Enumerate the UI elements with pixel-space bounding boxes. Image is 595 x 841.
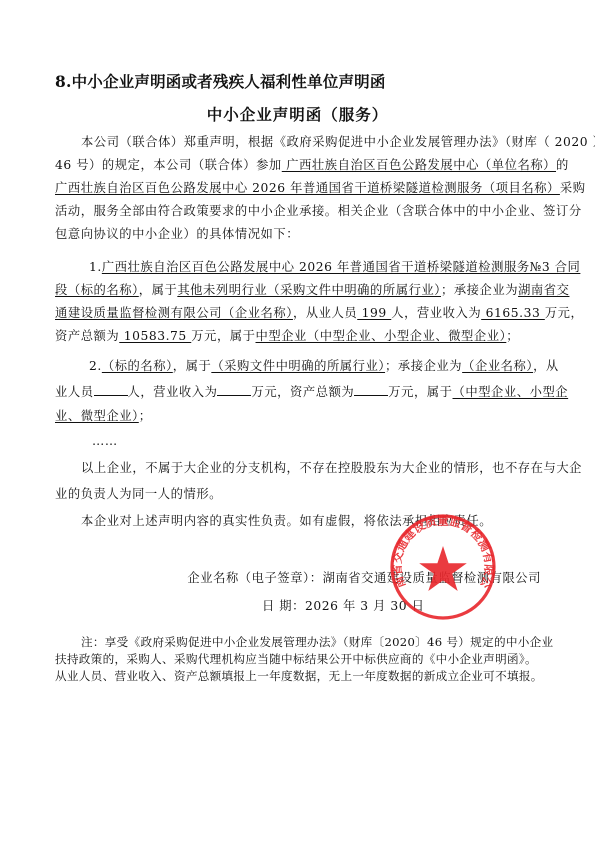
- company-label: 企业名称（电子签章）：: [187, 571, 322, 585]
- purchaser-name: 广西壮族自治区百色公路发展中心（单位名称）: [282, 158, 556, 172]
- text: 资产总额为: [55, 329, 119, 343]
- item-number: 1.: [89, 260, 102, 274]
- intro-text: 包意向协议的中小企业）的具体情况如下：: [55, 227, 299, 241]
- section-heading: 8.中小企业声明函或者残疾人福利性单位声明函: [55, 70, 386, 92]
- text: 业人员: [55, 385, 94, 399]
- text: ；承接企业为: [385, 359, 462, 373]
- intro-line-5: 包意向协议的中小企业）的具体情况如下：: [55, 226, 545, 242]
- item1-assets: 10583.75: [119, 329, 191, 343]
- text: ，从业人员: [293, 306, 357, 320]
- item2-line-3: 业、微型企业）；: [55, 408, 545, 424]
- item1-company-part2: 通建设质量监督检测有限公司（企业名称）: [55, 306, 293, 320]
- item1-line-3: 通建设质量监督检测有限公司（企业名称），从业人员 199 人，营业收入为 616…: [55, 305, 545, 321]
- note-text: 注：享受《政府采购促进中小企业发展管理办法》（财库〔2020〕46 号）规定的中…: [81, 635, 553, 649]
- project-name: 广西壮族自治区百色公路发展中心 2026 年普通国省干道桥梁隧道检测服务（项目名…: [55, 181, 560, 195]
- intro-line-3: 广西壮族自治区百色公路发展中心 2026 年普通国省干道桥梁隧道检测服务（项目名…: [55, 180, 545, 196]
- statement-line-1: 以上企业，不属于大企业的分支机构，不存在控股股东为大企业的情形，也不存在与大企: [55, 460, 545, 476]
- text: 万元，资产总额为: [251, 385, 354, 399]
- item2-company: （企业名称）: [462, 359, 533, 373]
- text: ；: [506, 329, 519, 343]
- text: 万元，: [545, 306, 584, 320]
- text: 人，营业收入为: [128, 385, 218, 399]
- statement-line-2: 业的负责人为同一人的情形。: [55, 486, 545, 502]
- item-number: 2.: [89, 359, 102, 373]
- item2-lot-name: （标的名称）: [102, 359, 173, 373]
- intro-text: 的: [556, 158, 569, 172]
- intro-line-2: 46 号）的规定，本公司（联合体）参加 广西壮族自治区百色公路发展中心（单位名称…: [55, 157, 545, 173]
- intro-text: 活动，服务全部由符合政策要求的中小企业承接。相关企业（含联合体中的中小企业、签订…: [55, 204, 582, 218]
- note-line-3: 从业人员、营业收入、资产总额填报上一年度数据，无上一年度数据的新成立企业可不填报…: [55, 669, 545, 684]
- item2-enterprise-size-part2: 业、微型企业）: [55, 409, 139, 423]
- note-text: 从业人员、营业收入、资产总额填报上一年度数据，无上一年度数据的新成立企业可不填报…: [55, 669, 543, 683]
- item1-lot-name: 广西壮族自治区百色公路发展中心 2026 年普通国省干道桥梁隧道检测服务№3 合…: [102, 260, 581, 274]
- signature-company-line: 企业名称（电子签章）：湖南省交通建设质量监督检测有限公司: [0, 570, 541, 586]
- item1-revenue: 6165.33: [481, 306, 545, 320]
- date-label: 日 期：: [262, 599, 305, 613]
- statement-text: 业的负责人为同一人的情形。: [55, 487, 222, 501]
- statement-line-3: 本企业对上述声明内容的真实性负责。如有虚假，将依法承担相应责任。: [55, 513, 545, 529]
- note-line-1: 注：享受《政府采购促进中小企业发展管理办法》（财库〔2020〕46 号）规定的中…: [55, 635, 545, 650]
- item2-industry: （采购文件中明确的所属行业）: [211, 359, 385, 373]
- text: ，属于: [173, 359, 212, 373]
- text: 人，营业收入为: [391, 306, 481, 320]
- text: ；: [139, 409, 152, 423]
- intro-text: 采购: [560, 181, 586, 195]
- date-value: 2026 年 3 月 30 日: [305, 599, 424, 613]
- note-line-2: 扶持政策的，采购人、采购代理机构应当随中标结果公开中标供应商的《中小企业声明函》…: [55, 652, 545, 667]
- item1-line-4: 资产总额为 10583.75 万元，属于中型企业（中型企业、小型企业、微型企业）…: [55, 328, 545, 344]
- intro-line-1: 本公司（联合体）郑重声明，根据《政府采购促进中小企业发展管理办法》（财库（ 20…: [55, 134, 545, 150]
- signature-date-line: 日 期：2026 年 3 月 30 日: [262, 598, 512, 614]
- statement-text: 本企业对上述声明内容的真实性负责。如有虚假，将依法承担相应责任。: [81, 514, 492, 528]
- item1-company-part1: 湖南省交: [518, 283, 569, 297]
- item1-employees: 199: [357, 306, 391, 320]
- intro-text: 46 号）的规定，本公司（联合体）参加: [55, 158, 282, 172]
- item1-industry: 其他未列明行业（采购文件中明确的所属行业）: [177, 283, 441, 297]
- document-title: 中小企业声明函（服务）: [0, 103, 595, 125]
- item2-line-1: 2.（标的名称），属于（采购文件中明确的所属行业）；承接企业为（企业名称），从: [55, 358, 545, 374]
- item1-lot-label: 段（标的名称）: [55, 283, 139, 297]
- intro-text: 本公司（联合体）郑重声明，根据《政府采购促进中小企业发展管理办法》（财库（ 20…: [81, 135, 595, 149]
- item2-revenue-blank: [217, 384, 251, 396]
- note-text: 扶持政策的，采购人、采购代理机构应当随中标结果公开中标供应商的《中小企业声明函》…: [55, 652, 537, 666]
- item2-line-2: 业人员人，营业收入为万元，资产总额为万元，属于（中型企业、小型企: [55, 384, 545, 400]
- text: 万元，属于: [191, 329, 255, 343]
- item2-employees-blank: [94, 384, 128, 396]
- text: 万元，属于: [388, 385, 452, 399]
- company-name: 湖南省交通建设质量监督检测有限公司: [323, 571, 541, 585]
- document-page: 8.中小企业声明函或者残疾人福利性单位声明函 中小企业声明函（服务） 本公司（联…: [0, 0, 595, 841]
- item2-enterprise-size-part1: （中型企业、小型企: [453, 385, 569, 399]
- ellipsis: ……: [92, 433, 152, 449]
- item1-line-2: 段（标的名称），属于其他未列明行业（采购文件中明确的所属行业）；承接企业为湖南省…: [55, 282, 545, 298]
- item2-assets-blank: [354, 384, 388, 396]
- text: ，属于: [139, 283, 178, 297]
- text: ，从: [533, 359, 559, 373]
- item1-enterprise-size: 中型企业（中型企业、小型企业、微型企业）: [256, 329, 507, 343]
- intro-line-4: 活动，服务全部由符合政策要求的中小企业承接。相关企业（含联合体中的中小企业、签订…: [55, 203, 545, 219]
- item1-line-1: 1.广西壮族自治区百色公路发展中心 2026 年普通国省干道桥梁隧道检测服务№3…: [55, 259, 545, 275]
- statement-text: 以上企业，不属于大企业的分支机构，不存在控股股东为大企业的情形，也不存在与大企: [81, 461, 582, 475]
- text: ；承接企业为: [441, 283, 518, 297]
